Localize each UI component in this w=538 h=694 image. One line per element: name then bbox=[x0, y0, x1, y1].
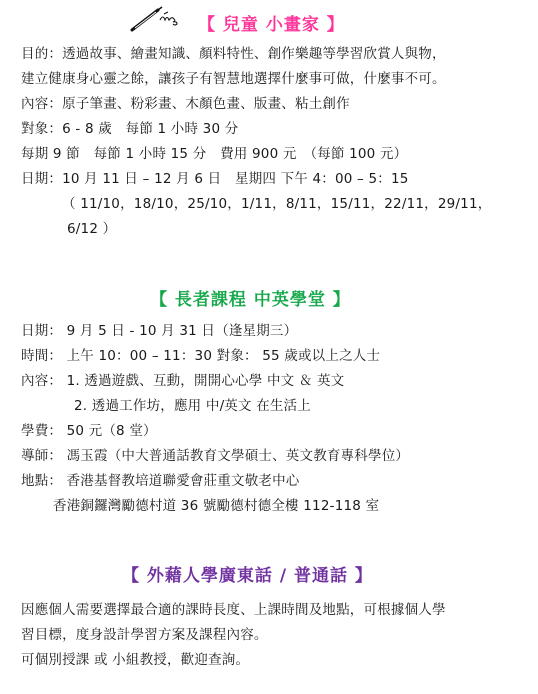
fee-text: 每期 9 節 每節 1 小時 15 分 費用 900 元 （每節 100 元） bbox=[21, 145, 407, 163]
target-age-text: 對象：6 - 8 歲 每節 1 小時 30 分 bbox=[21, 120, 238, 138]
elderly-content-text: 內容： 1. 透過遊戲、互動，開開心心學 中文 ＆ 英文 bbox=[21, 372, 344, 390]
language-enquiry-text: 可個別授課 或 小組教授，歡迎查詢。 bbox=[21, 651, 249, 669]
elderly-date-text: 日期： 9 月 5 日 - 10 月 31 日（逢星期三） bbox=[21, 322, 297, 340]
session-dates-text-cont: 6/12 ） bbox=[67, 220, 116, 238]
purpose-text-cont: 建立健康身心靈之餘，讓孩子有智慧地選擇什麼事可做，什麼事不可。 bbox=[21, 70, 446, 88]
elderly-address-text: 香港銅鑼灣勵德村道 36 號勵德村德全樓 112-118 室 bbox=[53, 497, 379, 515]
elderly-time-text: 時間： 上午 10：00 – 11：30 對象： 55 歲或以上之人士 bbox=[21, 347, 380, 365]
section-title-elderly-course: 【 長者課程 中英學堂 】 bbox=[150, 285, 351, 310]
language-desc-text-cont: 習目標，度身設計學習方案及課程內容。 bbox=[21, 626, 268, 644]
purpose-text: 目的：透過故事、繪畫知識、顏料特性、創作樂趣等學習欣賞人與物， bbox=[21, 45, 446, 63]
session-dates-text: （ 11/10，18/10，25/10，1/11，8/11，15/11，22/1… bbox=[62, 195, 491, 213]
section-title-children-drawing: 【 兒童 小畫家 】 bbox=[198, 10, 345, 35]
pen-icon bbox=[128, 4, 188, 34]
elderly-location-text: 地點： 香港基督教培道聯愛會莊重文敬老中心 bbox=[21, 472, 300, 490]
language-desc-text: 因應個人需要選擇最合適的課時長度、上課時間及地點，可根據個人學 bbox=[21, 601, 446, 619]
elderly-content-text-2: 2. 透過工作坊，應用 中/英文 在生活上 bbox=[74, 397, 311, 415]
elderly-fee-text: 學費： 50 元（8 堂） bbox=[21, 422, 157, 440]
elderly-tutor-text: 導師： 馮玉霞（中大普通話教育文學碩士、英文教育專科學位） bbox=[21, 447, 409, 465]
section-title-cantonese-mandarin: 【 外藉人學廣東話 / 普通話 】 bbox=[122, 561, 373, 586]
date-text: 日期：10 月 11 日 – 12 月 6 日 星期四 下午 4：00 – 5：… bbox=[21, 170, 409, 188]
content-text: 內容：原子筆畫、粉彩畫、木顏色畫、版畫、粘土創作 bbox=[21, 95, 350, 113]
